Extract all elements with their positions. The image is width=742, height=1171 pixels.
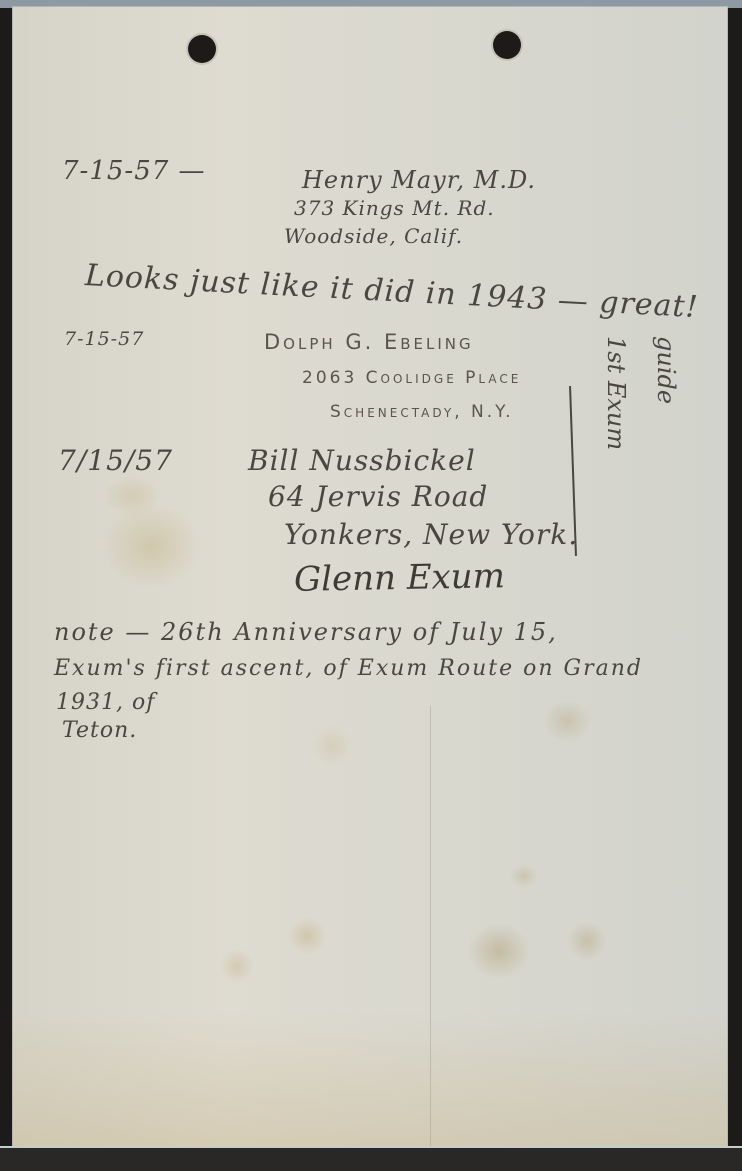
punch-hole-left bbox=[188, 35, 216, 63]
note-line3: 1931, of bbox=[56, 690, 155, 715]
entry-name: Bill Nussbickel bbox=[248, 444, 476, 477]
margin-note-line2: guide bbox=[652, 336, 680, 404]
entry-address-line2: Schenectady, N.Y. bbox=[330, 402, 514, 422]
paper-sheet: 7-15-57 — Henry Mayr, M.D. 373 Kings Mt.… bbox=[12, 6, 728, 1148]
entry-date: 7-15-57 — bbox=[62, 156, 206, 186]
punch-hole-right bbox=[493, 31, 521, 59]
background-bottom bbox=[0, 1148, 742, 1171]
note-line4: Teton. bbox=[62, 718, 137, 743]
entry-name: Henry Mayr, M.D. bbox=[302, 166, 536, 194]
entry-date: 7-15-57 bbox=[64, 328, 144, 350]
note-line1: note — 26th Anniversary of July 15, bbox=[54, 618, 558, 646]
note-line2: Exum's first ascent, of Exum Route on Gr… bbox=[54, 656, 643, 681]
entry-address-line1: 2063 Coolidge Place bbox=[302, 368, 521, 388]
signature: Glenn Exum bbox=[294, 556, 506, 600]
entry-date: 7/15/57 bbox=[58, 444, 173, 477]
paper-fold-line bbox=[430, 706, 431, 1146]
entry-address-line2: Yonkers, New York. bbox=[284, 518, 578, 551]
entry-address-line1: 64 Jervis Road bbox=[268, 480, 488, 513]
entry-address-line2: Woodside, Calif. bbox=[284, 224, 463, 248]
entry-comment: Looks just like it did in 1943 — great! bbox=[84, 258, 699, 325]
entry-address-line1: 373 Kings Mt. Rd. bbox=[294, 196, 495, 220]
margin-note-line1: 1st Exum bbox=[602, 336, 630, 450]
entry-name: Dolph G. Ebeling bbox=[264, 330, 474, 354]
